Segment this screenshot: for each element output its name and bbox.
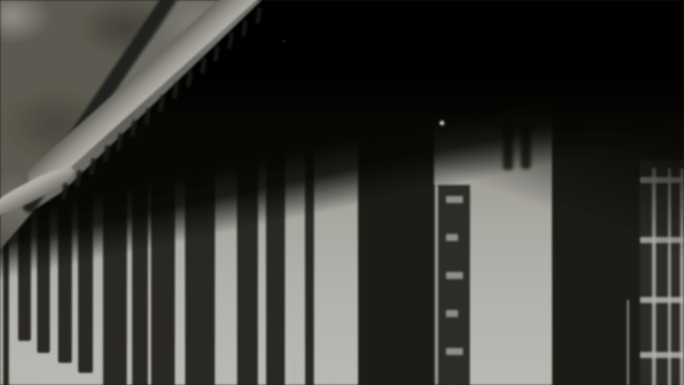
film-frame bbox=[0, 0, 684, 385]
vignette-overlay bbox=[0, 0, 684, 385]
